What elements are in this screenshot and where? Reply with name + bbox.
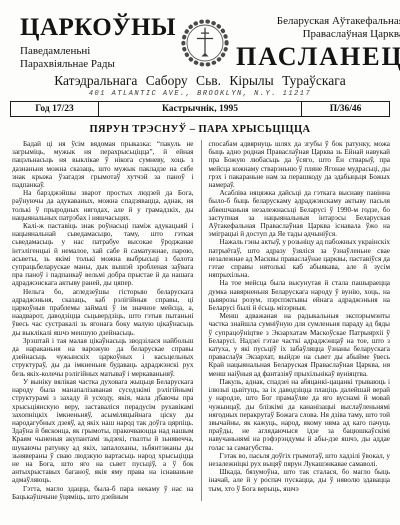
- article-paragraph: Нельга бо, агледзеўшы гісторыю беларуска…: [12, 288, 194, 337]
- article-column-left: Бадай ці ня ўсім вядомая прыказка: “паку…: [12, 140, 201, 501]
- cathedral-line: Катэдральнага Сабору Сьв. Кірылы Тураўск…: [0, 73, 400, 89]
- masthead-subtitle-line2: Парахвіяльнае Рады: [20, 58, 170, 71]
- article-paragraph: Асабліва няцяжка дайсьці да гэткага высн…: [209, 189, 391, 238]
- article-paragraph: На тое мейсца была высунутая й стала паш…: [209, 279, 391, 312]
- article-paragraph: Шкада, бязумоўна, што так сталася, бо ма…: [209, 468, 391, 493]
- masthead-left: ЦАРКОЎНЫ Паведамленьні Парахвіяльнае Рад…: [20, 15, 170, 70]
- address-line: 401 ATLANTIC AVE., BROOKLYN, N.Y. 11217: [0, 90, 400, 98]
- masthead: ЦАРКОЎНЫ Паведамленьні Парахвіяльнае Рад…: [0, 0, 400, 71]
- article-columns: Бадай ці ня ўсім вядомая прыказка: “паку…: [0, 135, 400, 501]
- article-paragraph: Гэтта, магло здацца, была-б пара некаму …: [12, 485, 194, 501]
- church-name: Беларуская Аўтакефальная Праваслаўная Ца…: [236, 15, 400, 41]
- newsletter-title-right: ПАСЛАНЕЦ: [236, 44, 400, 70]
- issue-number: П/36/46: [302, 102, 389, 116]
- article-title: ПЯРУН ТРЭСНУЎ – ПАРА ХРЫСЬЦІЦЦА: [0, 124, 400, 135]
- article-paragraph: На барзджэйшы зварот простых людзей да Б…: [12, 189, 194, 222]
- article-paragraph: Бадай ці ня ўсім вядомая прыказка: “паку…: [12, 140, 194, 189]
- masthead-right: Беларуская Аўтакефальная Праваслаўная Ца…: [236, 15, 400, 70]
- newsletter-title-left: ЦАРКОЎНЫ: [20, 15, 170, 40]
- article-paragraph: Калі-ж паставіць знак роўнасьці паміж ад…: [12, 222, 194, 288]
- article-paragraph: Зрэштай і тая малая цікаўнасьць зводзіла…: [12, 337, 194, 378]
- issue-bar: Год 17/23 Кастрычнік, 1995 П/36/46: [10, 101, 390, 117]
- article-paragraph: спосабам адвярнуць шлях да згубы ў бок р…: [209, 140, 391, 189]
- issue-month: Кастрычнік, 1995: [98, 102, 302, 116]
- article-paragraph: Гэтак во, пасьля доўгіх грымотаў, што ха…: [209, 452, 391, 468]
- article-paragraph: Нажаль гэны актыў, у розьніцу ад пабожны…: [209, 238, 391, 279]
- masthead-subtitle: Паведамленьні Парахвіяльнае Рады: [20, 45, 170, 70]
- article-paragraph: У выніку вялікая частка духовага жыцьця …: [12, 378, 194, 485]
- masthead-subtitle-line1: Паведамленьні: [20, 45, 170, 58]
- article-paragraph: Менш адважаная на радыкальныя экспэрымэн…: [209, 312, 391, 378]
- newsletter-page: ЦАРКОЎНЫ Паведамленьні Парахвіяльнае Рад…: [0, 0, 400, 525]
- church-name-line2: Праваслаўная Царква: [236, 28, 400, 41]
- church-name-line1: Беларуская Аўтакефальная: [236, 15, 400, 28]
- issue-year: Год 17/23: [11, 102, 98, 116]
- article-column-right: спосабам адвярнуць шлях да згубы ў бок р…: [201, 140, 391, 501]
- orthodox-cross-wreath-icon: [178, 15, 232, 71]
- article-paragraph: Пакуль, аднак, спадзеі на абяцанкі-цацан…: [209, 378, 391, 452]
